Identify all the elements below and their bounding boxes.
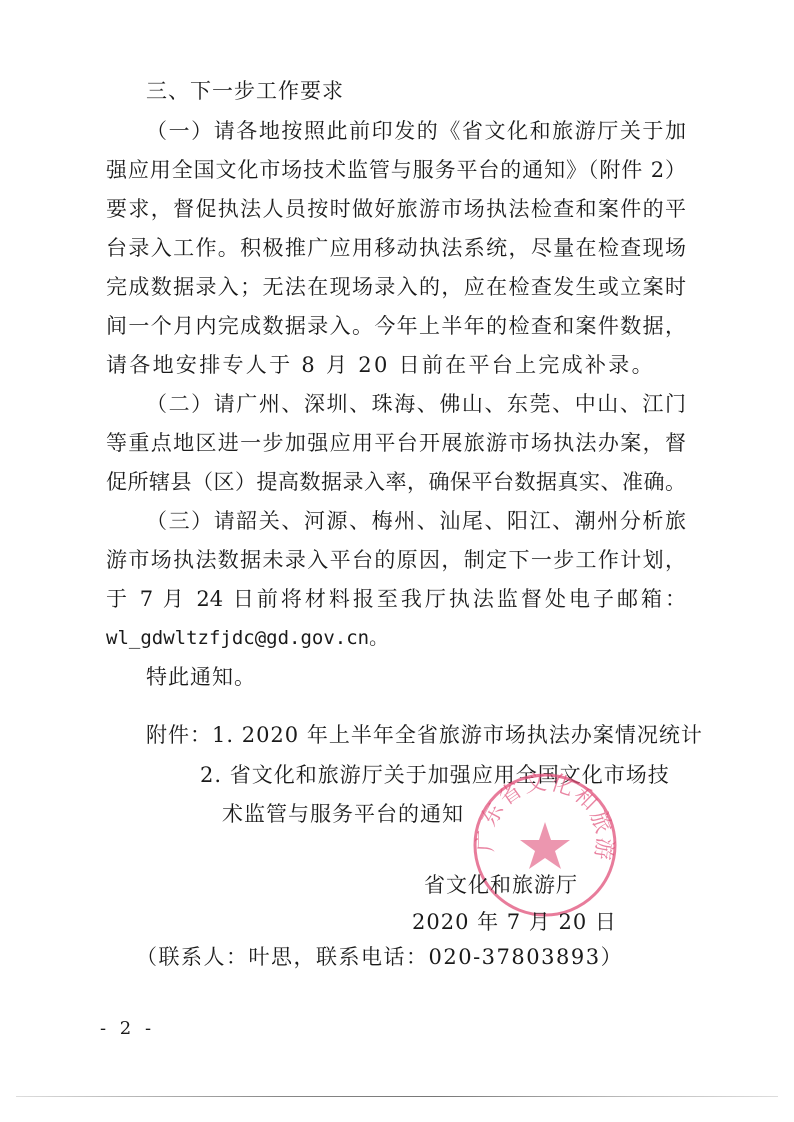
closing-text: 特此通知。: [146, 664, 706, 690]
item1-line-1: （一）请各地按照此前印发的《省文化和旅游厅关于加: [146, 118, 686, 144]
item2-line-3: 促所辖县（区）提高数据录入率，确保平台数据真实、准确。: [106, 469, 686, 495]
item3-line-3: 于 7 月 24 日前将材料报至我厅执法监督处电子邮箱：: [106, 586, 686, 612]
contact-info: （联系人：叶思，联系电话：020-37803893）: [136, 944, 696, 970]
page-number: - 2 -: [100, 1018, 155, 1039]
item1-line-6: 间一个月内完成数据录入。今年上半年的检查和案件数据，: [106, 313, 686, 339]
email-address: wl_gdwltzfjdc@gd.gov.cn。: [106, 625, 666, 651]
footer-divider: [16, 1096, 778, 1097]
item2-line-2: 等重点地区进一步加强应用平台开展旅游市场执法办案，督: [106, 430, 686, 456]
attachment-1: 附件：1. 2020 年上半年全省旅游市场执法办案情况统计: [146, 722, 706, 748]
item2-line-1: （二）请广州、深圳、珠海、佛山、东莞、中山、江门: [146, 391, 686, 417]
section-heading: 三、下一步工作要求: [146, 78, 706, 104]
item3-line-2: 游市场执法数据未录入平台的原因，制定下一步工作计划，: [106, 547, 686, 573]
signature-date: 2020 年 7 月 20 日: [412, 909, 794, 935]
item1-line-3: 要求，督促执法人员按时做好旅游市场执法检查和案件的平: [106, 196, 686, 222]
item3-line-1: （三）请韶关、河源、梅州、汕尾、阳江、潮州分析旅: [146, 508, 686, 534]
signature-organization: 省文化和旅游厅: [424, 872, 794, 898]
document-page: 三、下一步工作要求 （一）请各地按照此前印发的《省文化和旅游厅关于加 强应用全国…: [0, 0, 794, 1122]
item1-line-4: 台录入工作。积极推广应用移动执法系统，尽量在检查现场: [106, 235, 686, 261]
item1-line-5: 完成数据录入；无法在现场录入的，应在检查发生或立案时: [106, 274, 686, 300]
item1-line-2: 强应用全国文化市场技术监管与服务平台的通知》（附件 2）: [106, 157, 686, 183]
item1-line-7: 请各地安排专人于 8 月 20 日前在平台上完成补录。: [106, 352, 666, 378]
